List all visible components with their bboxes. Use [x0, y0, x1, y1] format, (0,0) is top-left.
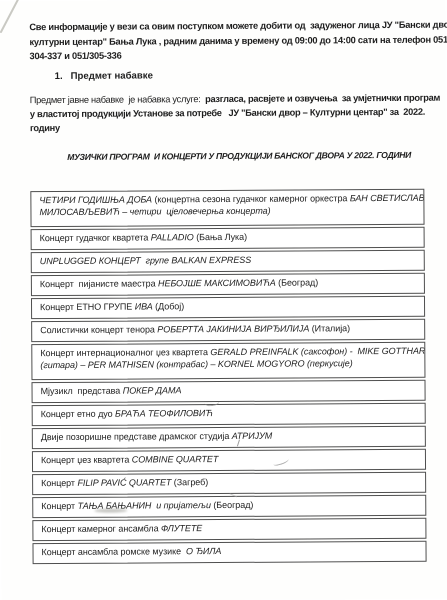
text-segment: у властитој продукцији Установе за потре…	[30, 107, 425, 119]
text-segment: (Београд)	[276, 277, 319, 287]
text-segment: COMBINE QUARTET	[132, 454, 219, 465]
text-segment: Концерт камерног ансамбла	[41, 523, 161, 534]
text-segment: UNPLUGGED КОНЦЕРТ групе BALKAN EXPRESS	[40, 255, 252, 266]
table-row: Концерт етно дуо БРАЋА ТЕОФИЛОВИЋ	[32, 403, 426, 426]
table-row: Концерт гудачког квартета PALLADIO (Бања…	[31, 227, 425, 250]
text-segment: ИВА	[135, 301, 153, 311]
table-row-line: Концерт гудачког квартета PALLADIO (Бања…	[40, 231, 420, 245]
text-segment: О ЂИЛА	[186, 546, 221, 556]
table-row: Концерт FILIP PAVIĆ QUARTET (Загреб)	[32, 472, 426, 495]
text-segment: Концерт интернационалног џез квартета	[40, 347, 210, 358]
table-row: Концерт ансамбла ромске музике О ЂИЛА	[32, 541, 426, 564]
table-row: UNPLUGGED КОНЦЕРТ групе BALKAN EXPRESS	[31, 250, 425, 273]
text-segment: ПОКЕР ДАМА	[123, 385, 182, 395]
table-row: Концерт ТАЊА БАЊАНИН и пријатељи (Београ…	[32, 495, 426, 518]
contact-info-paragraph: Све информације у вези са овим поступком…	[29, 20, 447, 66]
text-segment: GERALD PREINFALK (саксофон) - MIKE GOTTH…	[210, 346, 425, 357]
procurement-subject-paragraph: Предмет јавне набавке је набавка услуге:…	[30, 93, 441, 138]
text-segment: PALLADIO	[151, 232, 194, 242]
text-segment: РОБЕРТТА ЈАКИНИЈА ВИРЂИЛИЈА	[157, 323, 309, 334]
text-segment: Двије позоришне представе драмског студи…	[41, 431, 232, 442]
table-row-line: Мјузикл представа ПОКЕР ДАМА	[41, 384, 421, 398]
text-segment: (Бања Лука)	[194, 232, 247, 242]
text-segment: Концерт џез квартета	[41, 455, 132, 466]
table-row-line: Концерт пијанисте маестра НЕБОЈШЕ МАКСИМ…	[40, 277, 420, 291]
text-segment: ФЛУТЕТЕ	[161, 523, 202, 533]
table-row-line: Концерт FILIP PAVIĆ QUARTET (Загреб)	[41, 476, 421, 490]
program-table: ЧЕТИРИ ГОДИШЊА ДОБА (концертна сезона гу…	[30, 189, 426, 566]
table-row-line: Двије позоришне представе драмског студи…	[41, 430, 421, 444]
text-segment: БРАЋА ТЕОФИЛОВИЋ	[115, 408, 213, 419]
scanned-document-page: Све информације у вези са овим поступком…	[0, 0, 447, 600]
table-row: Концерт ЕТНО ГРУПЕ ИВА (Добој)	[31, 296, 425, 319]
text-segment: (Италија)	[309, 323, 350, 333]
table-row: ЧЕТИРИ ГОДИШЊА ДОБА (концертна сезона гу…	[30, 189, 424, 227]
table-row-line: UNPLUGGED КОНЦЕРТ групе BALKAN EXPRESS	[40, 254, 420, 268]
text-segment: Концерт	[41, 501, 77, 511]
text-segment: Концерт пијанисте маестра	[40, 278, 158, 289]
text-segment: годину	[30, 123, 60, 133]
table-row: Мјузикл представа ПОКЕР ДАМА	[31, 380, 425, 403]
table-row: Концерт пијанисте маестра НЕБОЈШЕ МАКСИМ…	[31, 273, 425, 296]
page-corner-fold-artifact	[0, 0, 21, 33]
table-row-line: Солистички концерт тенора РОБЕРТТА ЈАКИН…	[40, 323, 420, 337]
text-line: 304-337 и 051/305-336	[29, 49, 447, 66]
text-segment: 304-337 и 051/305-336	[29, 51, 121, 62]
program-title: МУЗИЧКИ ПРОГРАМ И КОНЦЕРТИ У ПРОДУКЦИЈИ …	[39, 150, 439, 162]
table-row-line: МИЛОСАВЉЕВИЋ – четири цјеловечерња конце…	[39, 205, 419, 220]
text-segment: Концерт	[41, 478, 77, 488]
table-row-line: Концерт етно дуо БРАЋА ТЕОФИЛОВИЋ	[41, 407, 421, 421]
table-row: Солистички концерт тенора РОБЕРТТА ЈАКИН…	[31, 319, 425, 342]
text-segment: БАН СВЕТИСЛАВ ТИСА	[350, 193, 425, 204]
text-segment: Предмет јавне набавке је набавка услуге:	[30, 94, 205, 105]
table-row: Концерт џез квартета COMBINE QUARTET	[32, 449, 426, 472]
text-segment: (концертна сезона гудачког камерног орке…	[154, 193, 349, 204]
text-segment: НЕБОЈШЕ МАКСИМОВИЋА	[158, 278, 276, 289]
table-row: Двије позоришне представе драмског студи…	[32, 426, 426, 449]
text-segment: МИЛОСАВЉЕВИЋ – четири цјеловечерња конце…	[39, 206, 270, 217]
text-segment: Све информације у вези са овим поступком…	[29, 20, 447, 33]
text-line: годину	[30, 121, 440, 138]
table-row: Концерт камерног ансамбла ФЛУТЕТЕ	[32, 518, 426, 541]
text-segment: Солистички концерт тенора	[40, 324, 157, 335]
table-row: Концерт интернационалног џез квартета GE…	[31, 342, 425, 380]
text-segment: Концерт етно дуо	[41, 409, 115, 419]
text-segment: Концерт ансамбла ромске музике	[42, 546, 186, 557]
text-segment: FILIP PAVIĆ QUARTET	[77, 477, 171, 488]
section-heading: 1. Предмет набавке	[55, 70, 153, 82]
text-segment: Концерт ЕТНО ГРУПЕ	[40, 302, 135, 313]
table-row-line: (гитара) – PER MATHISEN (контрабас) – KO…	[40, 358, 420, 373]
text-segment: ЧЕТИРИ ГОДИШЊА ДОБА	[39, 194, 154, 205]
text-segment: (Загреб)	[171, 477, 208, 487]
table-row-line: Концерт ЕТНО ГРУПЕ ИВА (Добој)	[40, 300, 420, 314]
table-row-line: Концерт џез квартета COMBINE QUARTET	[41, 453, 421, 467]
text-segment: Мјузикл представа	[41, 386, 123, 397]
text-segment: Концерт гудачког квартета	[40, 232, 151, 243]
text-segment: културни центар" Бања Лука , радним дани…	[29, 34, 447, 47]
text-segment: (Београд)	[211, 500, 254, 510]
table-row-line: Концерт ансамбла ромске музике О ЂИЛА	[42, 545, 422, 559]
table-row-line: Концерт камерног ансамбла ФЛУТЕТЕ	[41, 522, 421, 536]
text-segment: разгласа, расвјете и озвучења за умјетни…	[205, 93, 440, 104]
text-segment: (гитара) – PER MATHISEN (контрабас) – KO…	[40, 359, 352, 371]
text-segment: (Добој)	[153, 301, 185, 311]
